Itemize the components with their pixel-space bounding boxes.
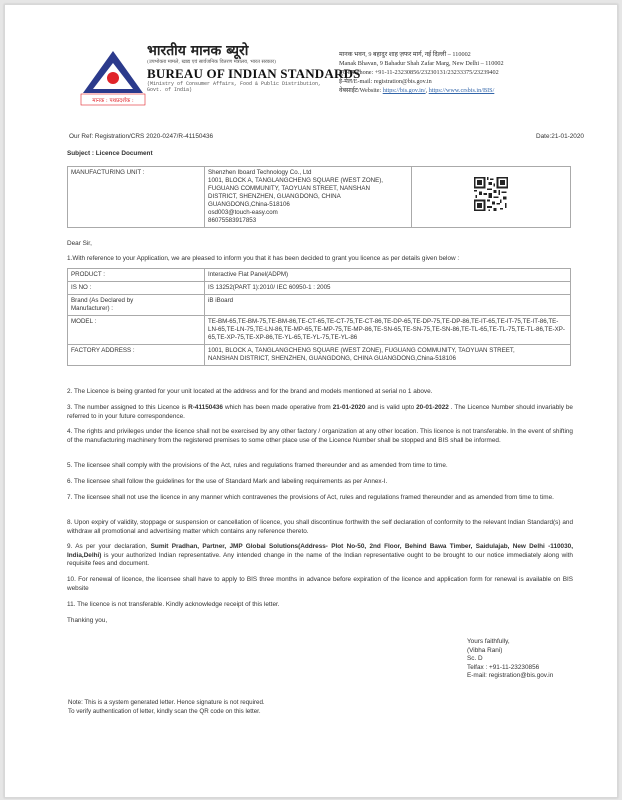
signatory-email: E-mail: registration@bis.gov.in (467, 672, 553, 681)
row-value: IS 13252(PART 1):2010/ IEC 60950-1 : 200… (205, 282, 571, 295)
table-row: Brand (As Declared by Manufacturer) : iB… (68, 295, 571, 316)
company-name: Shenzhen Iboard Technology Co., Ltd (208, 169, 408, 177)
table-row: FACTORY ADDRESS : 1001, BLOCK A, TANGLAN… (68, 345, 571, 366)
greeting: Dear Sir, (67, 240, 92, 249)
row-value: Interactive Flat Panel(ADPM) (205, 269, 571, 282)
paragraph-9: 9. As per your declaration, Sumit Pradha… (67, 543, 573, 569)
hindi-title: भारतीय मानक ब्यूरो (147, 43, 361, 59)
closing: Thanking you, (67, 617, 573, 626)
text: 9. As per your declaration, (67, 543, 151, 550)
reference-number: Our Ref: Registration/CRS 2020-0247/R-41… (69, 133, 213, 142)
paragraph-3: 3. The number assigned to this Licence i… (67, 404, 573, 421)
row-value: 1001, BLOCK A, TANGLANGCHENG SQUARE (WES… (205, 345, 571, 366)
address-hindi: मानक भवन, 9 बहादुर शाह ज़फर मार्ग, नई दि… (339, 50, 504, 59)
row-value: iB iBoard (205, 295, 571, 316)
subject: Subject : Licence Document (67, 150, 153, 159)
paragraph-1: 1.With reference to your Application, we… (67, 255, 459, 264)
address-line: DISTRICT, SHENZHEN, GUANGDONG, CHINA (208, 193, 408, 201)
signature-block: Yours faithfully, (Vibha Rani) Sc. D Tel… (467, 638, 553, 681)
paragraph-8: 8. Upon expiry of validity, stoppage or … (67, 519, 573, 536)
text: 3. The number assigned to this Licence i… (67, 404, 188, 411)
text: is your authorized Indian representative… (67, 552, 573, 568)
letter-date: Date:21-01-2020 (536, 133, 584, 142)
address-english: Manak Bhavan, 9 Bahadur Shah Zafar Marg,… (339, 59, 504, 68)
paragraph-4: 4. The rights and privileges under the l… (67, 428, 573, 445)
row-label: IS NO : (68, 282, 205, 295)
text: and is valid upto (365, 404, 416, 411)
phone: दूरभाष/Phone: +91-11-23230856/23230131/2… (339, 68, 504, 77)
row-label: MODEL : (68, 316, 205, 345)
email: ई-मेल/E-mail: registration@bis.gov.in (339, 77, 504, 86)
row-label: FACTORY ADDRESS : (68, 345, 205, 366)
address-line: GUANGDONG,China-518106 (208, 201, 408, 209)
row-value: TE-BM-65,TE-BM-75,TE-BM-86,TE-CT-65,TE-C… (205, 316, 571, 345)
address-line: FUGUANG COMMUNITY, TAOYUAN STREET, NANSH… (208, 185, 408, 193)
qr-code-icon[interactable] (474, 177, 508, 211)
website-link-crsbis[interactable]: https://www.crsbis.in/BIS/ (429, 87, 495, 94)
signatory-name: (Vibha Rani) (467, 647, 553, 656)
table-row: MODEL : TE-BM-65,TE-BM-75,TE-BM-86,TE-CT… (68, 316, 571, 345)
english-title: BUREAU OF INDIAN STANDARDS (147, 66, 361, 81)
bis-logo-icon: मानक : पथप्रदर्शक : (79, 49, 147, 107)
table-row: IS NO : IS 13252(PART 1):2010/ IEC 60950… (68, 282, 571, 295)
note-line: To verify authentication of letter, kind… (68, 708, 265, 717)
website-label: वेबसाईट/Website: (339, 87, 383, 94)
text: which has been made operative from (223, 404, 333, 411)
address-line: 1001, BLOCK A, TANGLANGCHENG SQUARE (WES… (208, 177, 408, 185)
company-phone: 86075583917853 (208, 217, 408, 225)
valid-to-date: 20-01-2022 (416, 404, 449, 411)
note-line: Note: This is a system generated letter.… (68, 699, 265, 708)
paragraph-5: 5. The licensee shall comply with the pr… (67, 462, 573, 471)
bis-name-block: भारतीय मानक ब्यूरो (उपभोक्ता मामले, खाद्… (147, 43, 361, 93)
table-row: PRODUCT : Interactive Flat Panel(ADPM) (68, 269, 571, 282)
licence-number: R-41150436 (188, 404, 223, 411)
valid-from-date: 21-01-2020 (333, 404, 366, 411)
system-note: Note: This is a system generated letter.… (68, 699, 265, 716)
paragraph-7: 7. The licensee shall not use the licenc… (67, 494, 573, 503)
qr-cell (412, 167, 571, 228)
licence-letter-page: मानक : पथप्रदर्शक : भारतीय मानक ब्यूरो (… (4, 4, 618, 798)
website-link-bis[interactable]: https://bis.gov.in/ (383, 87, 426, 94)
bis-address-block: मानक भवन, 9 बहादुर शाह ज़फर मार्ग, नई दि… (339, 50, 504, 95)
manufacturing-unit-label: MANUFACTURING UNIT : (68, 167, 205, 228)
manufacturing-unit-details: Shenzhen Iboard Technology Co., Ltd 1001… (205, 167, 412, 228)
logo-caption: मानक : पथप्रदर्शक : (92, 97, 134, 104)
manufacturing-unit-table: MANUFACTURING UNIT : Shenzhen Iboard Tec… (67, 166, 571, 228)
website: वेबसाईट/Website: https://bis.gov.in/, ht… (339, 86, 504, 95)
hindi-subtitle: (उपभोक्ता मामले, खाद्य एवं सार्वजनिक वित… (147, 59, 361, 66)
paragraph-2: 2. The Licence is being granted for your… (67, 388, 573, 397)
paragraph-6: 6. The licensee shall follow the guideli… (67, 478, 573, 487)
row-label: Brand (As Declared by Manufacturer) : (68, 295, 205, 316)
company-email: osd003@touch-easy.com (208, 209, 408, 217)
paragraph-10: 10. For renewal of licence, the licensee… (67, 576, 573, 593)
licence-details-table: PRODUCT : Interactive Flat Panel(ADPM) I… (67, 268, 571, 366)
signoff: Yours faithfully, (467, 638, 553, 647)
english-subtitle: (Ministry of Consumer Affairs, Food & Pu… (147, 81, 322, 93)
paragraph-11: 11. The licence is not transferable. Kin… (67, 601, 573, 610)
signatory-telfax: Telfax : +91-11-23230856 (467, 664, 553, 673)
row-label: PRODUCT : (68, 269, 205, 282)
signatory-designation: Sc. D (467, 655, 553, 664)
